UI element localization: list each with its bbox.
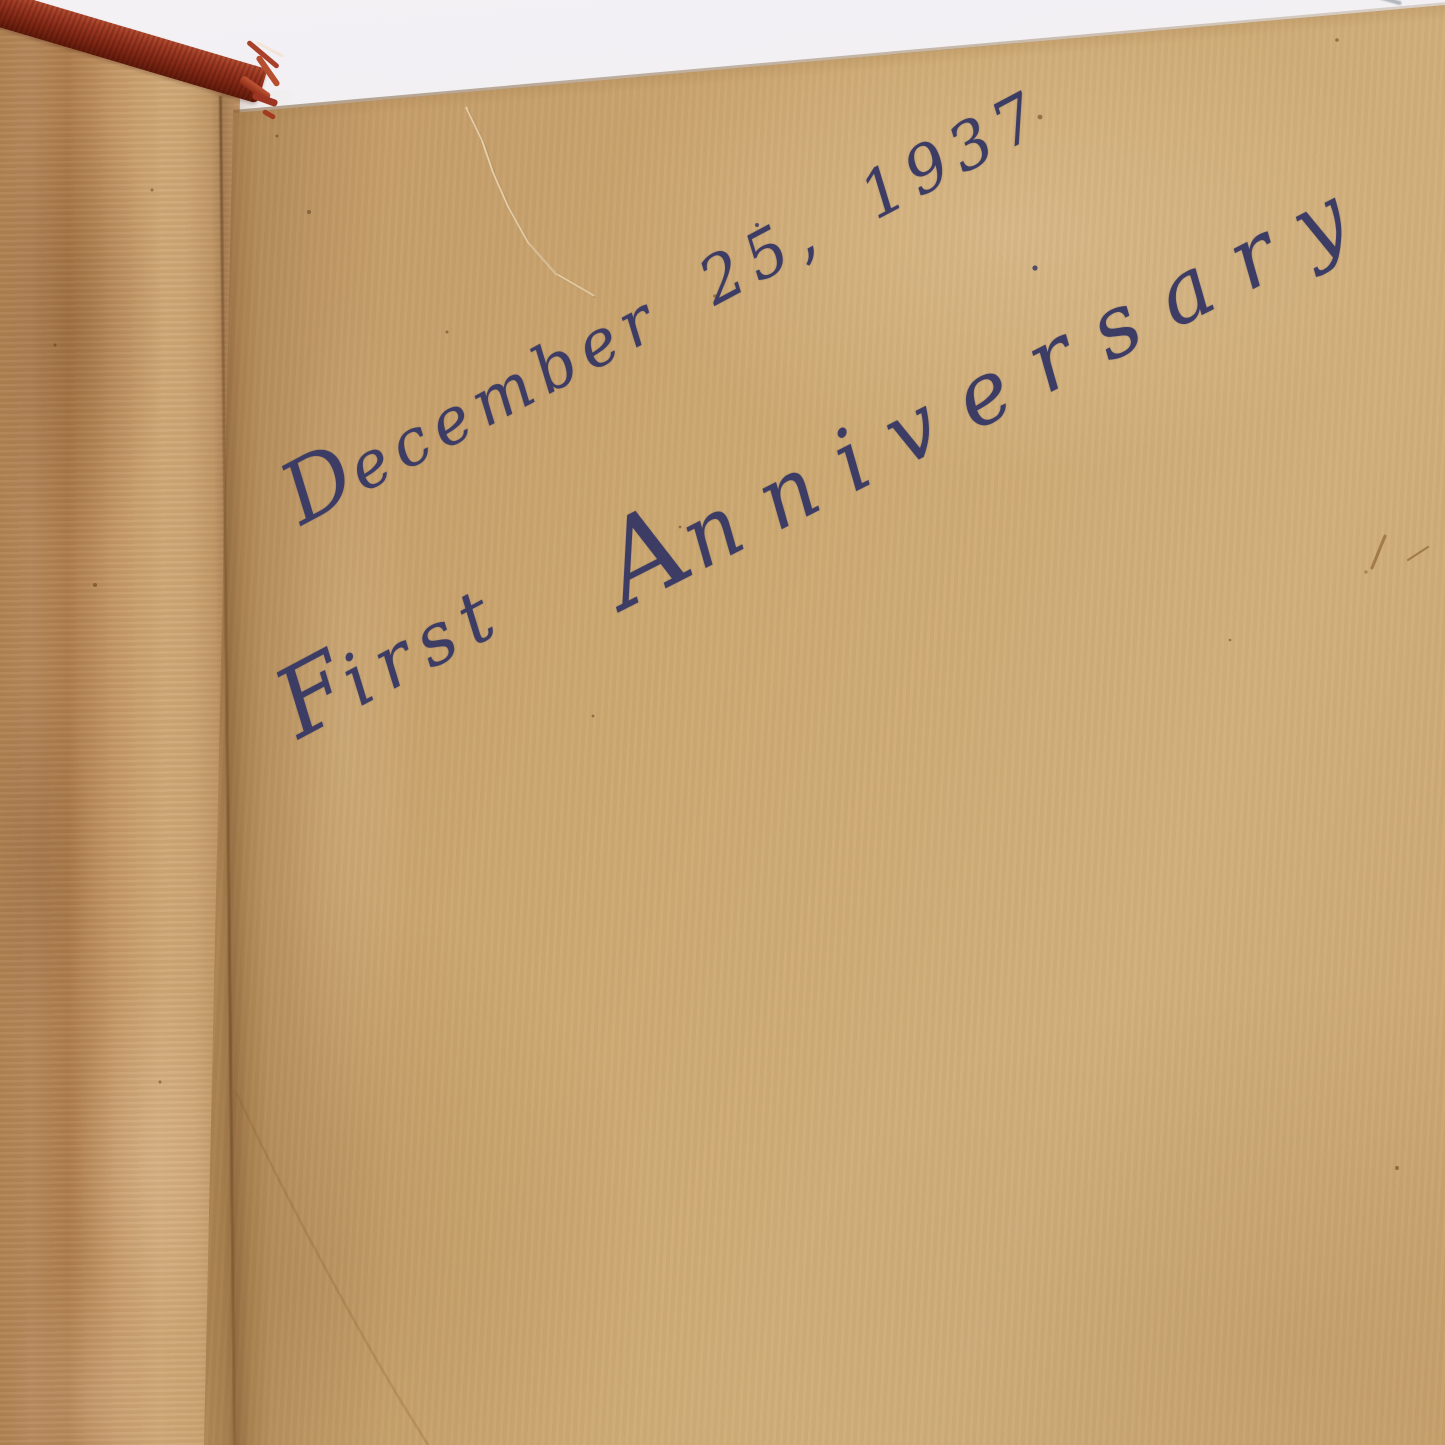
backdrop-smudge [1376, 0, 1402, 6]
book-photo: December 25, 1937 First Anniversary [0, 0, 1445, 1445]
